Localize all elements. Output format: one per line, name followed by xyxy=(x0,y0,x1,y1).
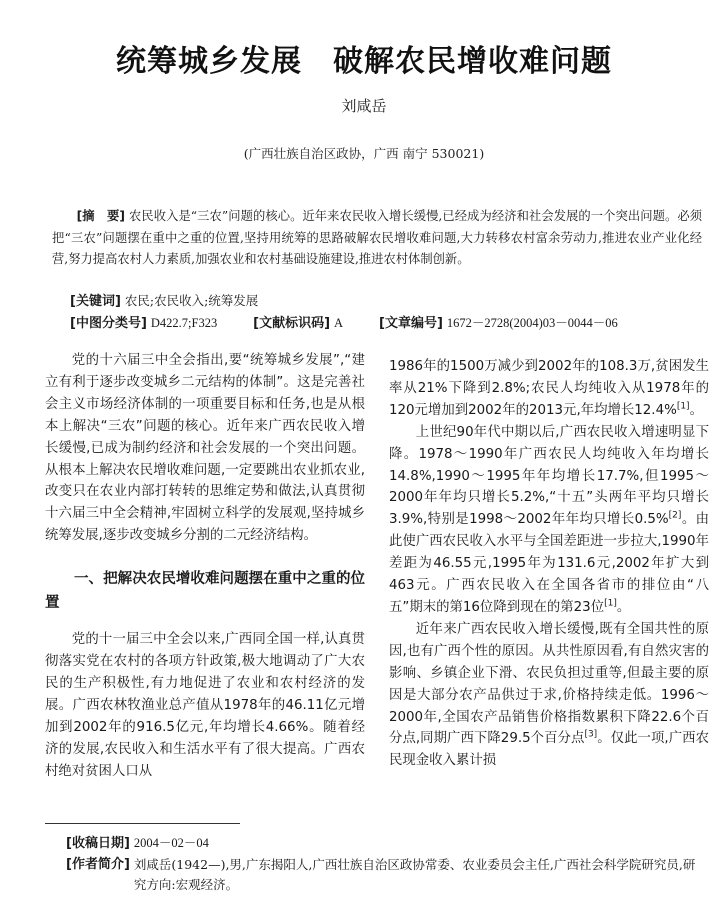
citation-ref[interactable]: [2] xyxy=(669,511,682,521)
article-number-label: [文章编号] xyxy=(379,316,443,331)
author-name: 刘咸岳 xyxy=(0,95,728,116)
body-paragraph: 党的十六届三中全会指出,要“统筹城乡发展”,“建立有利于逐步改变城乡二元结构的体… xyxy=(45,350,365,547)
citation-ref[interactable]: [3] xyxy=(584,730,597,740)
author-affiliation: (广西壮族自治区政协，广西 南宁 530021) xyxy=(0,144,728,162)
abstract-text: 农民收入是“三农”问题的核心。近年来农民收入增长缓慢,已经成为经济和社会发展的一… xyxy=(52,209,702,266)
body-paragraph: 上世纪90年代中期以后,广西农民收入增速明显下降。1978～1990年广西农民人… xyxy=(389,422,709,619)
keywords-label: [关键词] xyxy=(70,294,121,309)
received-date-line: [收稿日期] 2004－02－04 xyxy=(66,833,209,854)
body-paragraph: 近年来广西农民收入增长缓慢,既有全国共性的原因,也有广西个性的原因。从共性原因看… xyxy=(389,619,709,772)
author-bio-label: [作者简介] xyxy=(66,855,130,895)
article-number-value: 1672－2728(2004)03－0044－06 xyxy=(447,316,618,330)
body-left-column: 党的十六届三中全会指出,要“统筹城乡发展”,“建立有利于逐步改变城乡二元结构的体… xyxy=(45,350,365,783)
abstract: [摘 要] 农民收入是“三农”问题的核心。近年来农民收入增长缓慢,已经成为经济和… xyxy=(52,206,702,271)
clc-label: [中图分类号] xyxy=(70,316,147,331)
author-bio-text: 刘咸岳(1942—),男,广东揭阳人,广西壮族自治区政协常委、农业委员会主任,广… xyxy=(130,855,706,895)
doc-code-label: [文献标识码] xyxy=(253,316,330,331)
footnote-divider xyxy=(45,823,240,824)
doc-code-value: A xyxy=(334,316,343,330)
received-date-value: 2004－02－04 xyxy=(134,836,209,850)
clc-value: D422.7;F323 xyxy=(151,316,217,330)
keywords-value: 农民;农民收入;统筹发展 xyxy=(125,293,258,308)
body-paragraph: 党的十一届三中全会以来,广西同全国一样,认真贯彻落实党在农村的各项方针政策,极大… xyxy=(45,629,365,782)
citation-ref[interactable]: [1] xyxy=(677,401,690,411)
keywords-line: [关键词] 农民;农民收入;统筹发展 xyxy=(70,290,258,309)
received-date-label: [收稿日期] xyxy=(66,836,130,851)
article-title: 统筹城乡发展 破解农民增收难问题 xyxy=(0,36,728,80)
author-bio: [作者简介] 刘咸岳(1942—),男,广东揭阳人,广西壮族自治区政协常委、农业… xyxy=(66,855,706,895)
section-heading: 一、把解决农民增收难问题摆在重中之重的位置 xyxy=(45,567,365,615)
body-paragraph: 1986年的1500万减少到2002年的108.3万,贫困发生率从21%下降到2… xyxy=(389,356,709,422)
citation-ref[interactable]: [1] xyxy=(604,599,617,609)
abstract-label: [摘 要] xyxy=(77,209,125,223)
classification-line: [中图分类号] D422.7;F323 [文献标识码] A [文章编号] 167… xyxy=(70,312,618,331)
body-right-column: 1986年的1500万减少到2002年的108.3万,贫困发生率从21%下降到2… xyxy=(389,356,709,772)
